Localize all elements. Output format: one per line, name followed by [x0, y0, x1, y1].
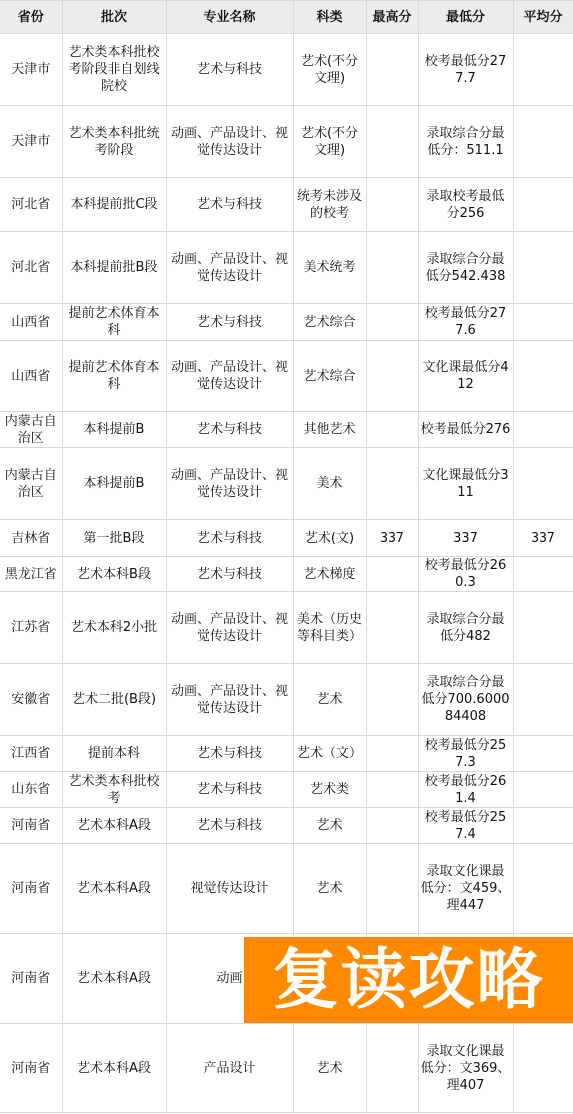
cell-major: 艺术与科技	[166, 772, 293, 808]
table-row: 安徽省艺术二批(B段)动画、产品设计、视觉传达设计艺术录取综合分最低分700.6…	[0, 664, 573, 736]
cell-max-score	[366, 664, 418, 736]
cell-batch: 本科提前B	[62, 412, 166, 448]
cell-min-score: 录取校考最低分256	[418, 178, 513, 232]
cell-max-score	[366, 412, 418, 448]
cell-province: 吉林省	[0, 520, 62, 557]
header-major: 专业名称	[166, 1, 293, 34]
cell-province: 山东省	[0, 772, 62, 808]
cell-max-score	[366, 592, 418, 664]
table-row: 河南省艺术本科A段艺术与科技艺术校考最低分257.4	[0, 808, 573, 844]
cell-batch: 本科提前B	[62, 448, 166, 520]
header-max-score: 最高分	[366, 1, 418, 34]
table-row: 内蒙古自治区本科提前B动画、产品设计、视觉传达设计美术文化课最低分311	[0, 448, 573, 520]
cell-min-score: 校考最低分257.3	[418, 736, 513, 772]
cell-max-score: 337	[366, 520, 418, 557]
cell-max-score	[366, 304, 418, 341]
cell-category: 艺术综合	[293, 304, 366, 341]
cell-min-score: 录取综合分最低分542.438	[418, 232, 513, 304]
cell-min-score: 文化课最低分311	[418, 448, 513, 520]
table-row: 内蒙古自治区本科提前B艺术与科技其他艺术校考最低分276	[0, 412, 573, 448]
table-row: 天津市艺术类本科批统考阶段动画、产品设计、视觉传达设计艺术(不分文理)录取综合分…	[0, 106, 573, 178]
cell-avg-score	[513, 448, 573, 520]
cell-province: 黑龙江省	[0, 557, 62, 592]
cell-batch: 艺术类本科批统考阶段	[62, 106, 166, 178]
cell-avg-score	[513, 808, 573, 844]
cell-max-score	[366, 106, 418, 178]
cell-max-score	[366, 844, 418, 934]
cell-min-score: 录取综合分最低分482	[418, 592, 513, 664]
table-row: 山东省艺术类本科批校考艺术与科技艺术类校考最低分261.4	[0, 772, 573, 808]
cell-category: 美术（历史等科目类）	[293, 592, 366, 664]
cell-category: 统考未涉及的校考	[293, 178, 366, 232]
cell-avg-score: 337	[513, 520, 573, 557]
cell-category: 艺术（文）	[293, 736, 366, 772]
cell-category: 艺术	[293, 1024, 366, 1113]
cell-min-score: 录取文化课最低分：文459、理447	[418, 844, 513, 934]
cell-province: 内蒙古自治区	[0, 412, 62, 448]
cell-batch: 提前艺术体育本科	[62, 341, 166, 412]
cell-max-score	[366, 808, 418, 844]
cell-major: 艺术与科技	[166, 34, 293, 106]
cell-avg-score	[513, 412, 573, 448]
cell-max-score	[366, 178, 418, 232]
cell-avg-score	[513, 557, 573, 592]
table-header-row: 省份 批次 专业名称 科类 最高分 最低分 平均分	[0, 1, 573, 34]
cell-major: 艺术与科技	[166, 557, 293, 592]
cell-avg-score	[513, 178, 573, 232]
cell-category: 艺术	[293, 808, 366, 844]
cell-max-score	[366, 736, 418, 772]
cell-batch: 艺术本科B段	[62, 557, 166, 592]
cell-province: 天津市	[0, 34, 62, 106]
cell-avg-score	[513, 341, 573, 412]
cell-batch: 第一批B段	[62, 520, 166, 557]
cell-batch: 艺术类本科批校考	[62, 772, 166, 808]
cell-batch: 艺术本科A段	[62, 934, 166, 1024]
cell-province: 河南省	[0, 808, 62, 844]
table-row: 吉林省第一批B段艺术与科技艺术(文)337337337	[0, 520, 573, 557]
cell-category: 艺术梯度	[293, 557, 366, 592]
cell-major: 动画、产品设计、视觉传达设计	[166, 232, 293, 304]
table-row: 河南省艺术本科A段产品设计艺术录取文化课最低分：文369、理407	[0, 1024, 573, 1113]
cell-avg-score	[513, 664, 573, 736]
cell-category: 其他艺术	[293, 412, 366, 448]
header-avg-score: 平均分	[513, 1, 573, 34]
header-province: 省份	[0, 1, 62, 34]
cell-category: 艺术综合	[293, 341, 366, 412]
cell-avg-score	[513, 232, 573, 304]
table-row: 山西省提前艺术体育本科艺术与科技艺术综合校考最低分277.6	[0, 304, 573, 341]
cell-batch: 本科提前批B段	[62, 232, 166, 304]
cell-min-score: 文化课最低分412	[418, 341, 513, 412]
cell-category: 美术统考	[293, 232, 366, 304]
cell-major: 动画、产品设计、视觉传达设计	[166, 341, 293, 412]
table-row: 黑龙江省艺术本科B段艺术与科技艺术梯度校考最低分260.3	[0, 557, 573, 592]
cell-province: 江苏省	[0, 592, 62, 664]
cell-major: 艺术与科技	[166, 178, 293, 232]
cell-category: 艺术	[293, 664, 366, 736]
cell-min-score: 校考最低分261.4	[418, 772, 513, 808]
cell-province: 河南省	[0, 1024, 62, 1113]
cell-min-score: 校考最低分260.3	[418, 557, 513, 592]
cell-min-score: 录取综合分最低分：511.1	[418, 106, 513, 178]
header-batch: 批次	[62, 1, 166, 34]
cell-province: 河北省	[0, 178, 62, 232]
cell-province: 内蒙古自治区	[0, 448, 62, 520]
cell-province: 天津市	[0, 106, 62, 178]
cell-category: 艺术(不分文理)	[293, 34, 366, 106]
cell-avg-score	[513, 592, 573, 664]
cell-min-score: 校考最低分277.6	[418, 304, 513, 341]
cell-province: 安徽省	[0, 664, 62, 736]
cell-max-score	[366, 557, 418, 592]
cell-category: 艺术(文)	[293, 520, 366, 557]
cell-major: 艺术与科技	[166, 520, 293, 557]
cell-max-score	[366, 1024, 418, 1113]
cell-avg-score	[513, 106, 573, 178]
cell-batch: 本科提前批C段	[62, 178, 166, 232]
table-row: 山西省提前艺术体育本科动画、产品设计、视觉传达设计艺术综合文化课最低分412	[0, 341, 573, 412]
cell-category: 艺术(不分文理)	[293, 106, 366, 178]
cell-batch: 提前艺术体育本科	[62, 304, 166, 341]
watermark-banner: 复读攻略	[244, 937, 573, 1023]
cell-max-score	[366, 341, 418, 412]
cell-max-score	[366, 448, 418, 520]
cell-province: 山西省	[0, 304, 62, 341]
cell-avg-score	[513, 34, 573, 106]
cell-min-score: 337	[418, 520, 513, 557]
table-row: 河北省本科提前批C段艺术与科技统考未涉及的校考录取校考最低分256	[0, 178, 573, 232]
cell-max-score	[366, 34, 418, 106]
cell-min-score: 校考最低分257.4	[418, 808, 513, 844]
cell-province: 江西省	[0, 736, 62, 772]
table-row: 河北省本科提前批B段动画、产品设计、视觉传达设计美术统考录取综合分最低分542.…	[0, 232, 573, 304]
cell-batch: 艺术本科2小批	[62, 592, 166, 664]
cell-min-score: 录取综合分最低分700.600084408	[418, 664, 513, 736]
cell-major: 视觉传达设计	[166, 844, 293, 934]
cell-batch: 艺术本科A段	[62, 1024, 166, 1113]
cell-province: 山西省	[0, 341, 62, 412]
cell-major: 动画、产品设计、视觉传达设计	[166, 592, 293, 664]
cell-max-score	[366, 772, 418, 808]
header-min-score: 最低分	[418, 1, 513, 34]
cell-province: 河南省	[0, 844, 62, 934]
cell-min-score: 校考最低分276	[418, 412, 513, 448]
cell-major: 动画、产品设计、视觉传达设计	[166, 664, 293, 736]
cell-major: 艺术与科技	[166, 808, 293, 844]
cell-batch: 艺术二批(B段)	[62, 664, 166, 736]
cell-major: 动画、产品设计、视觉传达设计	[166, 448, 293, 520]
cell-min-score: 录取文化课最低分：文369、理407	[418, 1024, 513, 1113]
cell-avg-score	[513, 772, 573, 808]
cell-category: 艺术	[293, 844, 366, 934]
cell-batch: 艺术本科A段	[62, 844, 166, 934]
cell-major: 艺术与科技	[166, 304, 293, 341]
cell-avg-score	[513, 1024, 573, 1113]
table-row: 江西省提前本科艺术与科技艺术（文）校考最低分257.3	[0, 736, 573, 772]
cell-avg-score	[513, 304, 573, 341]
cell-major: 动画、产品设计、视觉传达设计	[166, 106, 293, 178]
cell-avg-score	[513, 736, 573, 772]
table-row: 河南省艺术本科A段视觉传达设计艺术录取文化课最低分：文459、理447	[0, 844, 573, 934]
header-category: 科类	[293, 1, 366, 34]
cell-province: 河南省	[0, 934, 62, 1024]
cell-batch: 艺术本科A段	[62, 808, 166, 844]
cell-province: 河北省	[0, 232, 62, 304]
cell-batch: 提前本科	[62, 736, 166, 772]
cell-batch: 艺术类本科批校考阶段非自划线院校	[62, 34, 166, 106]
cell-major: 艺术与科技	[166, 736, 293, 772]
cell-category: 艺术类	[293, 772, 366, 808]
cell-avg-score	[513, 844, 573, 934]
cell-min-score: 校考最低分277.7	[418, 34, 513, 106]
table-row: 天津市艺术类本科批校考阶段非自划线院校艺术与科技艺术(不分文理)校考最低分277…	[0, 34, 573, 106]
cell-major: 产品设计	[166, 1024, 293, 1113]
table-row: 江苏省艺术本科2小批动画、产品设计、视觉传达设计美术（历史等科目类）录取综合分最…	[0, 592, 573, 664]
cell-max-score	[366, 232, 418, 304]
cell-major: 艺术与科技	[166, 412, 293, 448]
cell-category: 美术	[293, 448, 366, 520]
